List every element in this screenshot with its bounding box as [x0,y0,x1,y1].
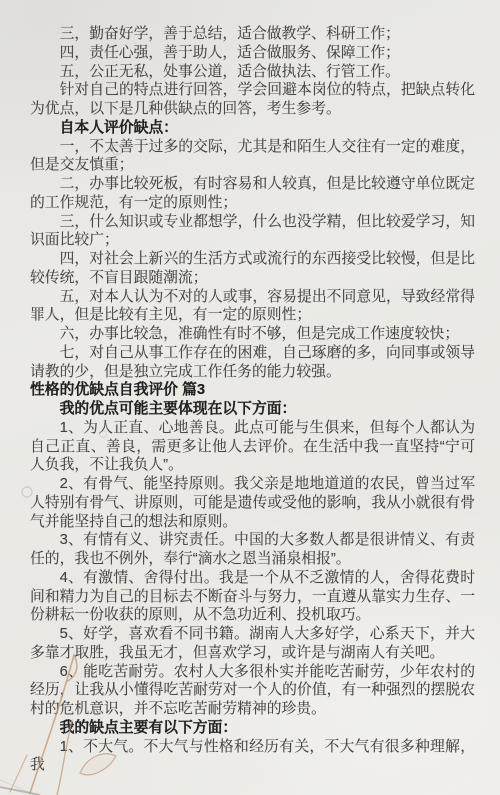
body-paragraph: 6、能吃苦耐劳。农村人大多很朴实并能吃苦耐劳，少年农村的经历，让我从小懂得吃苦耐… [30,663,475,719]
body-paragraph: 针对自己的特点进行回答，学会回避本岗位的特点，把缺点转化为优点，以下是几种供缺点… [30,81,475,119]
body-paragraph: 五，公正无私，处事公道，适合做执法、行管工作。 [30,63,475,82]
heading-line: 我的缺点主要有以下方面： [30,719,475,738]
scanned-document-page: 三，勤奋好学，善于总结，适合做教学、科研工作；四，责任心强，善于助人，适合做服务… [0,0,500,795]
plant-stem-short [10,755,27,792]
document-text: 三，勤奋好学，善于总结，适合做教学、科研工作；四，责任心强，善于助人，适合做服务… [30,25,475,775]
body-paragraph: 二，办事比较死板，有时容易和人较真，但是比较遵守单位既定的工作规范，有一定的原则… [30,175,475,213]
page-corner-edge [0,787,40,795]
body-paragraph: 三，什么知识或专业都想学，什么也没学精，但比较爱学习，知识面比较广； [30,213,475,251]
heading-line: 我的优点可能主要体现在以下方面： [30,400,475,419]
heading-line: 自本人评价缺点： [30,119,475,138]
body-paragraph: 三，勤奋好学，善于总结，适合做教学、科研工作； [30,25,475,44]
body-paragraph: 4、有激情、舍得付出。我是一个从不乏激情的人，舍得花费时间和精力为自己的目标去不… [30,569,475,625]
body-paragraph: 六，办事比较急，准确性有时不够，但是完成工作速度较快； [30,325,475,344]
body-paragraph: 四，对社会上新兴的生活方式或流行的东西接受比较慢，但是比较传统，不盲目跟随潮流； [30,250,475,288]
body-paragraph: 五，对本人认为不对的人或事，容易提出不同意见，导致经常得罪人，但是比较有主见，有… [30,288,475,326]
body-paragraph: 2、有骨气、能坚持原则。我父亲是地地道道的农民，曾当过军人特别有骨气、讲原则，可… [30,475,475,531]
body-paragraph: 1、不大气。不大气与性格和经历有关，不大气有很多种理解，我 [30,738,475,776]
body-paragraph: 1、为人正直、心地善良。此点可能与生俱来，但每个人都认为自己正直、善良，需更多让… [30,419,475,475]
body-paragraph: 3、有情有义、讲究责任。中国的大多数人都是很讲情义、有责任的，我也不例外，奉行“… [30,531,475,569]
page-corner-edge-light [0,780,30,793]
body-paragraph: 一，不太善于过多的交际，尤其是和陌生人交往有一定的难度，但是交友慎重； [30,138,475,176]
body-paragraph: 5、好学，喜欢看不同书籍。湖南人大多好学，心系天下，并大多靠才取胜，我虽无才，但… [30,625,475,663]
body-paragraph: 七，对自己从事工作存在的困难，自己琢磨的多，向同事或领导请教的少，但是独立完成工… [30,344,475,382]
body-paragraph: 四，责任心强，善于助人，适合做服务、保障工作； [30,44,475,63]
heading-line: 性格的优缺点自我评价 篇3 [30,381,475,400]
